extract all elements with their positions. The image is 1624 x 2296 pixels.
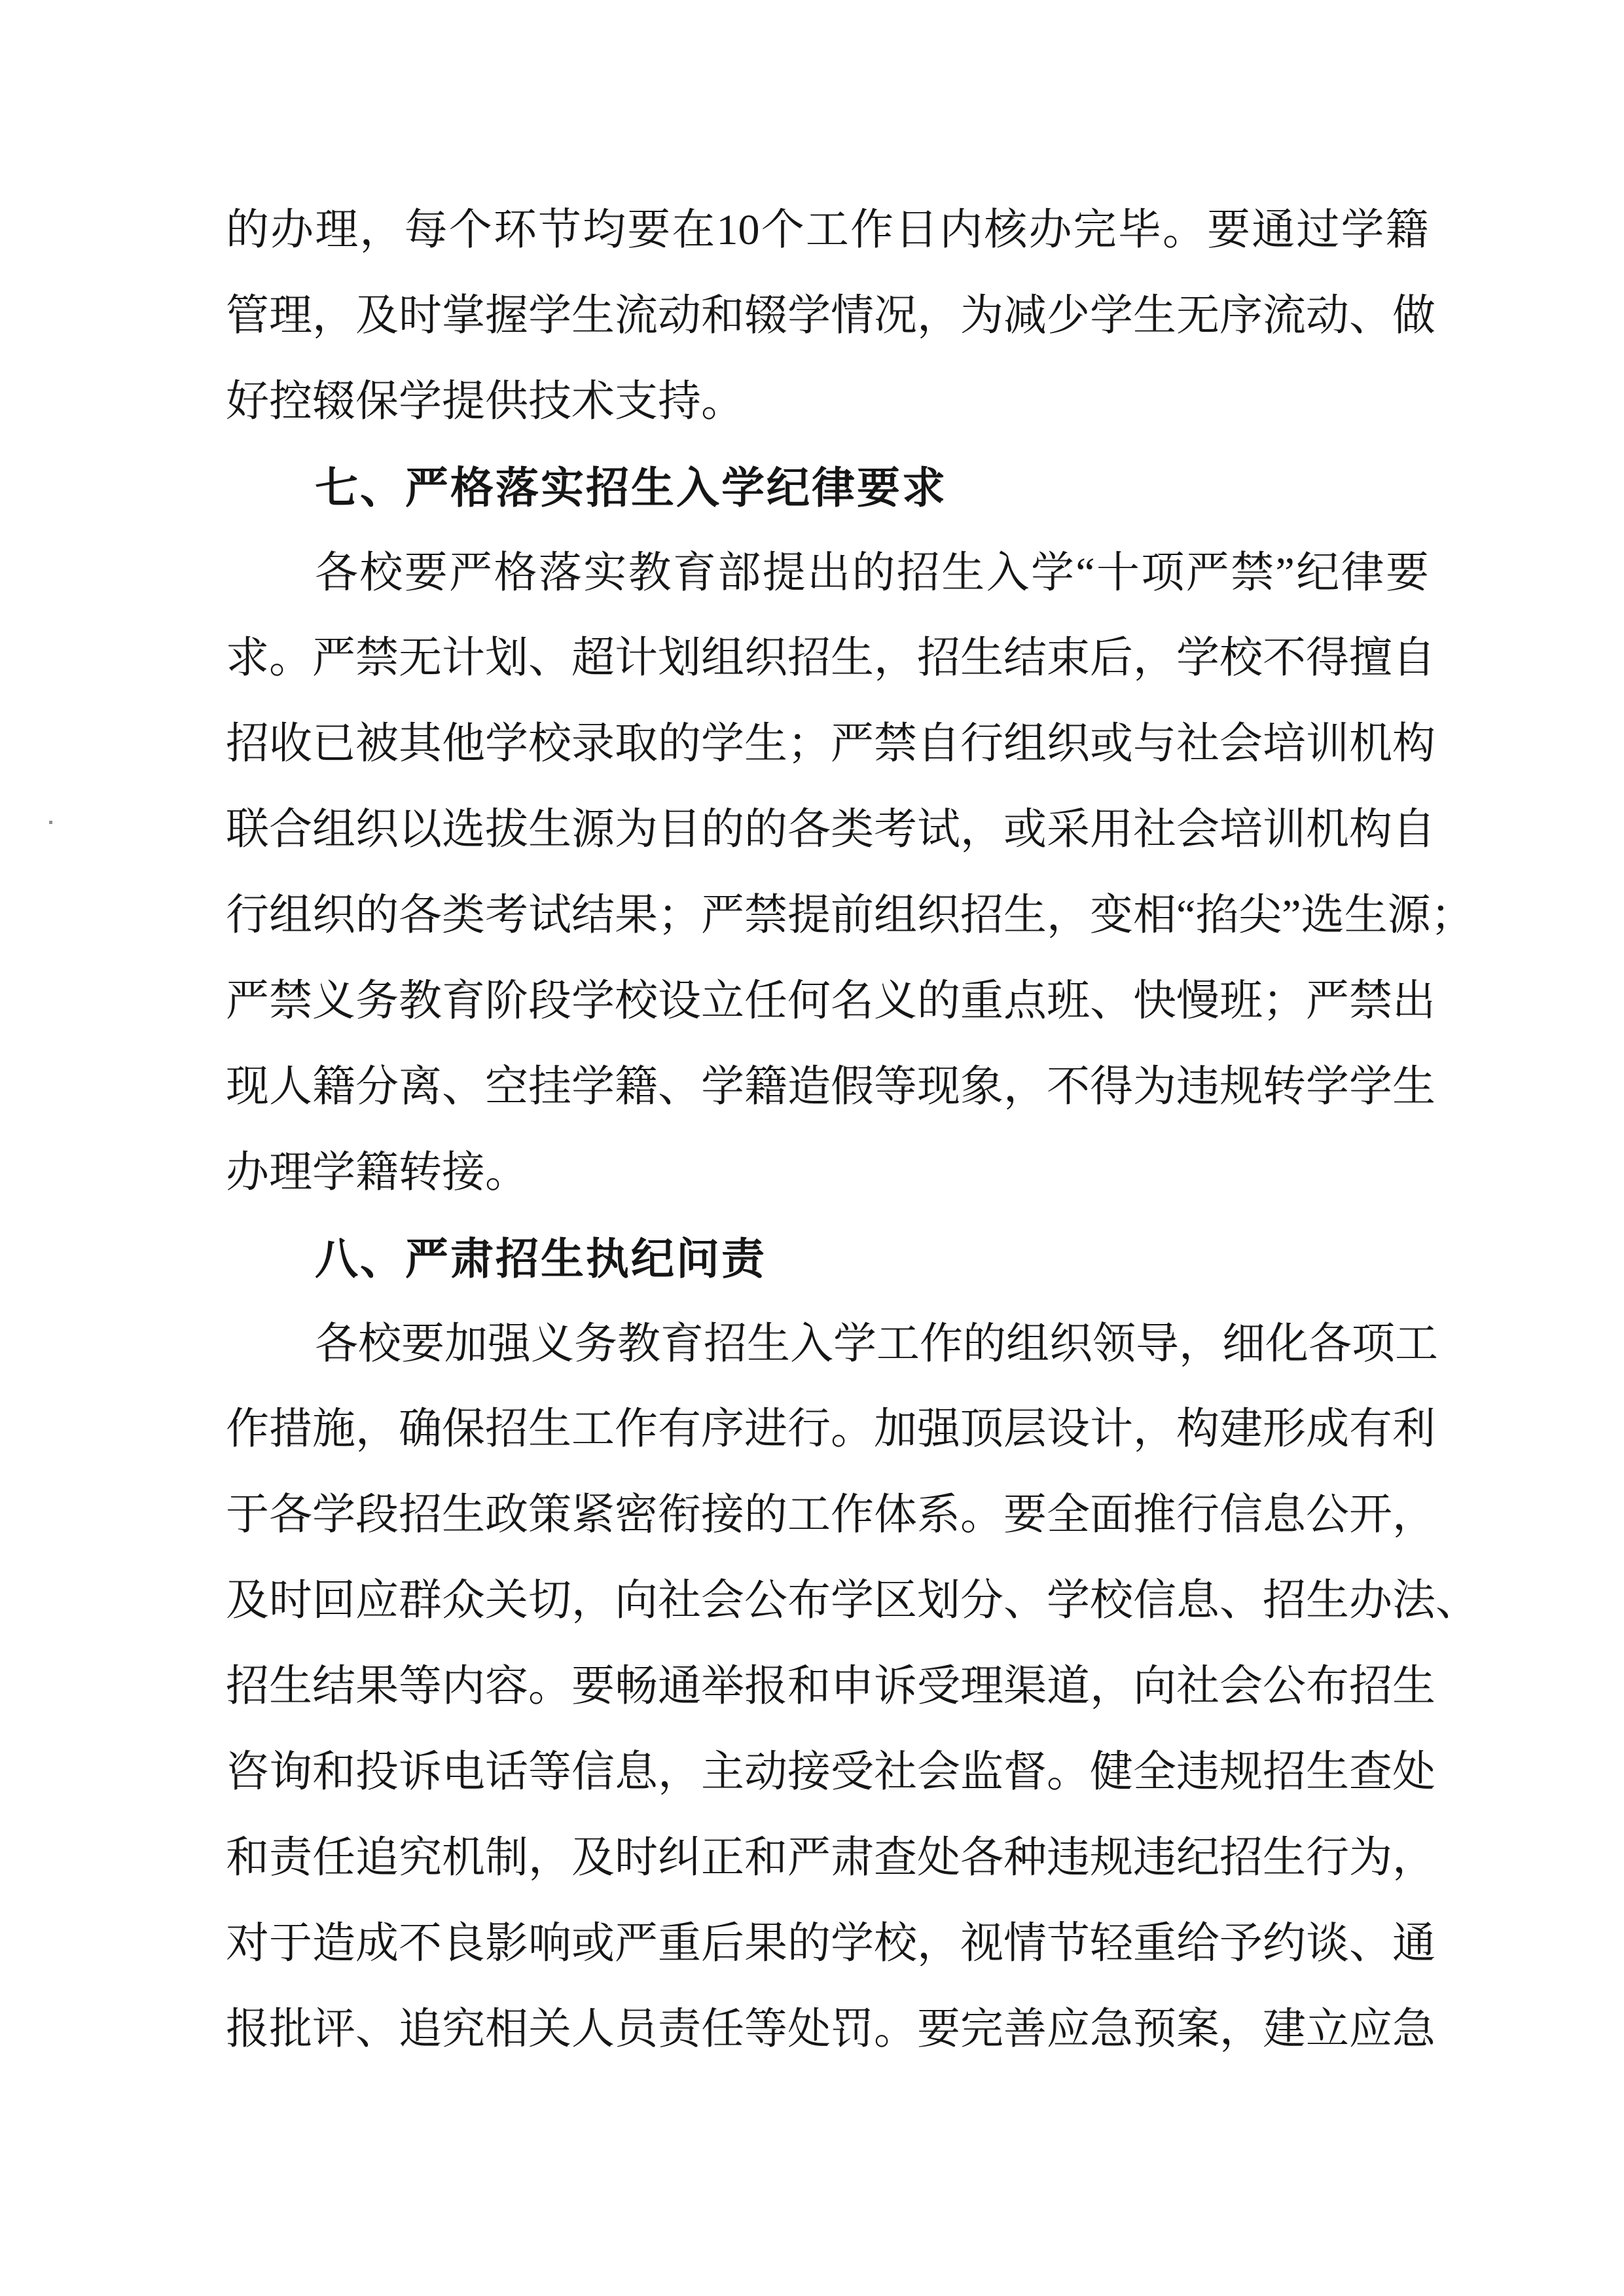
glyph: 点 bbox=[1003, 959, 1047, 1045]
glyph: 、 bbox=[1219, 1558, 1263, 1644]
text-line: 报批评、追究相关人员责任等处罚。要完善应急预案，建立应急 bbox=[226, 1987, 1429, 2073]
glyph: 义 bbox=[874, 959, 917, 1045]
glyph: 以 bbox=[399, 787, 442, 873]
glyph: 罚 bbox=[831, 1987, 874, 2073]
glyph: 询 bbox=[269, 1730, 312, 1816]
glyph: 纠 bbox=[658, 1816, 701, 1901]
glyph: 收 bbox=[269, 702, 312, 787]
glyph: 切 bbox=[528, 1558, 571, 1644]
glyph: 、 bbox=[1349, 274, 1392, 359]
glyph: 变 bbox=[1090, 873, 1133, 959]
glyph: 生 bbox=[960, 616, 1003, 702]
glyph: 入 bbox=[986, 531, 1030, 617]
glyph: 电 bbox=[442, 1730, 485, 1816]
glyph: 究 bbox=[442, 1987, 485, 2073]
glyph: 息 bbox=[1263, 1473, 1306, 1558]
glyph: 关 bbox=[485, 1558, 528, 1644]
glyph: 理 bbox=[269, 274, 312, 359]
glyph: 育 bbox=[660, 1302, 704, 1388]
glyph: 和 bbox=[312, 1730, 355, 1816]
glyph: 计 bbox=[1090, 1387, 1133, 1473]
glyph: ， bbox=[359, 188, 403, 274]
glyph: 试 bbox=[917, 787, 960, 873]
glyph: 校 bbox=[358, 1302, 401, 1388]
glyph: 层 bbox=[1003, 1387, 1047, 1473]
glyph: 10 bbox=[717, 188, 760, 274]
glyph: 严 bbox=[1186, 531, 1229, 617]
glyph: 空 bbox=[485, 1045, 528, 1130]
glyph: 案 bbox=[1176, 1987, 1219, 2073]
glyph: 进 bbox=[744, 1387, 787, 1473]
glyph: 生 bbox=[744, 702, 787, 787]
glyph: 相 bbox=[485, 1987, 528, 2073]
glyph: 诉 bbox=[399, 1730, 442, 1816]
glyph: 信 bbox=[1219, 1473, 1263, 1558]
glyph: 要 bbox=[571, 1644, 615, 1730]
glyph: 生 bbox=[1392, 1045, 1435, 1130]
text-line: 作措施，确保招生工作有序进行。加强顶层设计，构建形成有利 bbox=[226, 1387, 1429, 1473]
glyph: 训 bbox=[1263, 787, 1306, 873]
glyph: ， bbox=[917, 274, 960, 359]
glyph: 校 bbox=[359, 531, 403, 617]
glyph: 招 bbox=[897, 531, 940, 617]
glyph: 现 bbox=[917, 1045, 960, 1130]
glyph: 作 bbox=[831, 1473, 874, 1558]
glyph: 给 bbox=[1176, 1901, 1219, 1987]
glyph: 况 bbox=[874, 274, 917, 359]
glyph: 格 bbox=[494, 531, 537, 617]
glyph: 招 bbox=[787, 616, 831, 702]
glyph: 为 bbox=[960, 274, 1003, 359]
glyph: 关 bbox=[528, 1987, 571, 2073]
glyph: 细 bbox=[1222, 1302, 1265, 1388]
glyph: 招 bbox=[1219, 1816, 1263, 1901]
glyph: 责 bbox=[269, 1816, 312, 1901]
glyph: 社 bbox=[874, 1730, 917, 1816]
glyph: 生 bbox=[1263, 1816, 1306, 1901]
glyph: 纪 bbox=[1176, 1816, 1219, 1901]
glyph: 务 bbox=[574, 1302, 617, 1388]
glyph: 时 bbox=[269, 1558, 312, 1644]
glyph: 组 bbox=[1003, 702, 1047, 787]
glyph: 或 bbox=[571, 1901, 615, 1987]
glyph: 的 bbox=[355, 873, 399, 959]
glyph: 学 bbox=[1349, 1045, 1392, 1130]
glyph: 公 bbox=[1306, 1473, 1349, 1558]
glyph: 段 bbox=[528, 959, 571, 1045]
glyph: 要 bbox=[1386, 531, 1429, 617]
glyph: 任 bbox=[312, 1816, 355, 1901]
glyph: 掌 bbox=[442, 274, 485, 359]
glyph: 、 bbox=[1435, 1558, 1479, 1644]
glyph: 制 bbox=[485, 1816, 528, 1901]
glyph: 工 bbox=[806, 188, 849, 274]
glyph: 或 bbox=[1003, 787, 1047, 873]
glyph: 畅 bbox=[615, 1644, 658, 1730]
glyph: 严 bbox=[449, 531, 492, 617]
glyph: 健 bbox=[1090, 1730, 1133, 1816]
glyph: 掐 bbox=[1195, 873, 1238, 959]
glyph: 校 bbox=[1090, 1558, 1133, 1644]
glyph: 查 bbox=[1349, 1730, 1392, 1816]
glyph: 办 bbox=[270, 188, 314, 274]
glyph: 各 bbox=[315, 1302, 358, 1388]
glyph: 前 bbox=[831, 873, 874, 959]
glyph: 、 bbox=[658, 1045, 701, 1130]
glyph: 行 bbox=[787, 1387, 831, 1473]
glyph: 部 bbox=[717, 531, 761, 617]
glyph: 尖 bbox=[1238, 873, 1282, 959]
glyph: 挂 bbox=[528, 1045, 571, 1130]
glyph: 计 bbox=[615, 616, 658, 702]
glyph: 或 bbox=[1090, 702, 1133, 787]
glyph: 班 bbox=[1219, 959, 1263, 1045]
glyph: 要 bbox=[917, 1987, 960, 2073]
glyph: 组 bbox=[701, 616, 744, 702]
glyph: 已 bbox=[312, 702, 355, 787]
glyph: 相 bbox=[1133, 873, 1176, 959]
glyph: 学 bbox=[312, 1473, 355, 1558]
glyph: 构 bbox=[1176, 1387, 1219, 1473]
glyph: 违 bbox=[1176, 1730, 1219, 1816]
text-line: 对于造成不良影响或严重后果的学校，视情节轻重给予约谈、通 bbox=[226, 1901, 1429, 1987]
glyph: 加 bbox=[874, 1387, 917, 1473]
glyph: 影 bbox=[485, 1901, 528, 1987]
glyph: 严 bbox=[312, 616, 355, 702]
glyph: 织 bbox=[1047, 702, 1090, 787]
section-heading: 八、严肃招生执纪问责 bbox=[226, 1216, 1429, 1302]
glyph: 会 bbox=[1176, 787, 1219, 873]
glyph: 加 bbox=[444, 1302, 488, 1388]
glyph: 谈 bbox=[1306, 1901, 1349, 1987]
glyph: 束 bbox=[1047, 616, 1090, 702]
glyph: 招 bbox=[399, 1473, 442, 1558]
glyph: 要 bbox=[401, 1302, 444, 1388]
glyph: 阶 bbox=[485, 959, 528, 1045]
glyph: 义 bbox=[312, 959, 355, 1045]
glyph: 回 bbox=[312, 1558, 355, 1644]
glyph: 严 bbox=[615, 1901, 658, 1987]
glyph: 生 bbox=[1344, 873, 1388, 959]
glyph: 快 bbox=[1133, 959, 1176, 1045]
glyph: 究 bbox=[399, 1816, 442, 1901]
glyph: 造 bbox=[312, 1901, 355, 1987]
glyph: 出 bbox=[807, 531, 850, 617]
section-heading: 七、严格落实招生入学纪律要求 bbox=[226, 445, 1429, 531]
glyph: 组 bbox=[874, 873, 917, 959]
glyph: 各 bbox=[1308, 1302, 1352, 1388]
glyph: 教 bbox=[617, 1302, 660, 1388]
glyph: 行 bbox=[226, 873, 269, 959]
glyph: 组 bbox=[1006, 1302, 1049, 1388]
glyph: ； bbox=[658, 873, 701, 959]
glyph: 严 bbox=[701, 873, 744, 959]
glyph: 、 bbox=[1003, 1558, 1047, 1644]
glyph: 招 bbox=[485, 1387, 528, 1473]
glyph: 少 bbox=[1047, 274, 1090, 359]
glyph: 学 bbox=[701, 1045, 744, 1130]
glyph: 时 bbox=[399, 274, 442, 359]
glyph: 实 bbox=[583, 531, 626, 617]
glyph: 完 bbox=[1074, 188, 1117, 274]
text-line: 各校要加强义务教育招生入学工作的组织领导，细化各项工 bbox=[226, 1302, 1429, 1388]
glyph: 生 bbox=[528, 1387, 571, 1473]
glyph: ， bbox=[658, 1730, 701, 1816]
glyph: 律 bbox=[1341, 531, 1384, 617]
glyph: 通 bbox=[1252, 188, 1295, 274]
glyph: 急 bbox=[1090, 1987, 1133, 2073]
glyph: 划 bbox=[917, 1558, 960, 1644]
glyph: 严 bbox=[226, 959, 269, 1045]
glyph: 生 bbox=[1306, 1730, 1349, 1816]
glyph: 禁 bbox=[744, 873, 787, 959]
glyph: 办 bbox=[1349, 1558, 1392, 1644]
glyph: 布 bbox=[787, 1558, 831, 1644]
glyph: 生 bbox=[442, 1473, 485, 1558]
glyph: 开 bbox=[1349, 1473, 1392, 1558]
glyph: 、 bbox=[528, 616, 571, 702]
glyph: ； bbox=[787, 702, 831, 787]
glyph: 规 bbox=[1219, 1730, 1263, 1816]
glyph: 立 bbox=[1306, 1987, 1349, 2073]
glyph: 轻 bbox=[1090, 1901, 1133, 1987]
glyph: 造 bbox=[787, 1045, 831, 1130]
text-block: 的办理，每个环节均要在10个工作日内核办完毕。要通过学籍管理，及时掌握学生流动和… bbox=[226, 188, 1429, 2073]
glyph: 籍 bbox=[744, 1045, 787, 1130]
text-line: 严禁义务教育阶段学校设立任何名义的重点班、快慢班；严禁出 bbox=[226, 959, 1429, 1045]
glyph: ， bbox=[1392, 1816, 1435, 1901]
glyph: 作 bbox=[920, 1302, 963, 1388]
glyph: 管 bbox=[226, 274, 269, 359]
glyph: 禁 bbox=[1349, 959, 1392, 1045]
glyph: 结 bbox=[312, 1644, 355, 1730]
glyph: 。 bbox=[960, 1473, 1003, 1558]
glyph: 学 bbox=[528, 274, 571, 359]
glyph: 理 bbox=[960, 1644, 1003, 1730]
glyph: 织 bbox=[1049, 1302, 1092, 1388]
glyph: ” bbox=[1276, 531, 1295, 617]
scan-speck-artifact bbox=[49, 821, 52, 824]
glyph: 考 bbox=[485, 873, 528, 959]
glyph: 。 bbox=[269, 616, 312, 702]
glyph: 禁 bbox=[269, 959, 312, 1045]
glyph: 违 bbox=[1047, 1816, 1090, 1901]
glyph: 严 bbox=[831, 702, 874, 787]
glyph: 机 bbox=[1306, 787, 1349, 873]
glyph: 何 bbox=[787, 959, 831, 1045]
glyph: 的 bbox=[852, 531, 895, 617]
glyph: 禁 bbox=[874, 702, 917, 787]
glyph: 接 bbox=[787, 1730, 831, 1816]
glyph: 话 bbox=[485, 1730, 528, 1816]
glyph: 有 bbox=[658, 1387, 701, 1473]
glyph: 为 bbox=[1349, 1816, 1392, 1901]
glyph: ， bbox=[1003, 1045, 1047, 1130]
glyph: 求 bbox=[226, 616, 269, 702]
glyph: 工 bbox=[787, 1473, 831, 1558]
glyph: 培 bbox=[1263, 702, 1306, 787]
glyph: ， bbox=[1133, 616, 1176, 702]
text-line: 咨询和投诉电话等信息，主动接受社会监督。健全违规招生查处 bbox=[226, 1730, 1429, 1816]
glyph: 会 bbox=[701, 1558, 744, 1644]
glyph: 源 bbox=[571, 787, 615, 873]
glyph: 超 bbox=[571, 616, 615, 702]
glyph: 各 bbox=[960, 1816, 1003, 1901]
glyph: 生 bbox=[269, 1644, 312, 1730]
glyph: 、 bbox=[442, 1045, 485, 1130]
glyph: 离 bbox=[399, 1045, 442, 1130]
glyph: ， bbox=[1219, 1987, 1263, 2073]
glyph: 工 bbox=[571, 1387, 615, 1473]
glyph: 务 bbox=[355, 959, 399, 1045]
glyph: 处 bbox=[1392, 1730, 1435, 1816]
glyph: 育 bbox=[442, 959, 485, 1045]
glyph: 内 bbox=[939, 188, 983, 274]
glyph: 公 bbox=[1263, 1644, 1306, 1730]
glyph: 视 bbox=[960, 1901, 1003, 1987]
glyph: 录 bbox=[571, 702, 615, 787]
glyph: 重 bbox=[1133, 1901, 1176, 1987]
glyph: 成 bbox=[1306, 1387, 1349, 1473]
glyph: 教 bbox=[628, 531, 672, 617]
glyph: 构 bbox=[1392, 702, 1435, 787]
glyph: 确 bbox=[399, 1387, 442, 1473]
glyph: 息 bbox=[615, 1730, 658, 1816]
glyph: 的 bbox=[744, 787, 787, 873]
glyph: 于 bbox=[226, 1473, 269, 1558]
glyph: 应 bbox=[355, 1558, 399, 1644]
glyph: 结 bbox=[571, 873, 615, 959]
glyph: 时 bbox=[615, 1816, 658, 1901]
glyph: 向 bbox=[1133, 1644, 1176, 1730]
glyph: 他 bbox=[442, 702, 485, 787]
glyph: 假 bbox=[831, 1045, 874, 1130]
glyph: 措 bbox=[269, 1387, 312, 1473]
glyph: 约 bbox=[1263, 1901, 1306, 1987]
glyph: 密 bbox=[615, 1473, 658, 1558]
glyph: 施 bbox=[312, 1387, 355, 1473]
glyph: 类 bbox=[442, 873, 485, 959]
glyph: 的 bbox=[658, 702, 701, 787]
glyph: 组 bbox=[312, 787, 355, 873]
glyph: ， bbox=[874, 616, 917, 702]
glyph: 籍 bbox=[615, 1045, 658, 1130]
glyph: 握 bbox=[485, 274, 528, 359]
glyph: 处 bbox=[787, 1987, 831, 2073]
glyph: 设 bbox=[1047, 1387, 1090, 1473]
glyph: 理 bbox=[315, 188, 358, 274]
glyph: 查 bbox=[874, 1816, 917, 1901]
glyph: 通 bbox=[1392, 1901, 1435, 1987]
glyph: 容 bbox=[485, 1644, 528, 1730]
glyph: 动 bbox=[1306, 274, 1349, 359]
glyph: 布 bbox=[1306, 1644, 1349, 1730]
glyph: 各 bbox=[315, 531, 358, 617]
glyph: 均 bbox=[583, 188, 626, 274]
glyph: 得 bbox=[1306, 616, 1349, 702]
glyph: 禁 bbox=[355, 616, 399, 702]
document-page: 的办理，每个环节均要在10个工作日内核办完毕。要通过学籍管理，及时掌握学生流动和… bbox=[0, 0, 1624, 2296]
glyph: 个 bbox=[761, 188, 804, 274]
glyph: ， bbox=[571, 1558, 615, 1644]
glyph: ， bbox=[312, 274, 355, 359]
glyph: 生 bbox=[747, 1302, 790, 1388]
glyph: 入 bbox=[790, 1302, 833, 1388]
glyph: ； bbox=[1263, 959, 1306, 1045]
glyph: 组 bbox=[269, 873, 312, 959]
glyph: 训 bbox=[1306, 702, 1349, 787]
glyph: 生 bbox=[1003, 873, 1047, 959]
glyph: 招 bbox=[226, 702, 269, 787]
glyph: 核 bbox=[984, 188, 1027, 274]
glyph: 通 bbox=[658, 1644, 701, 1730]
glyph: 织 bbox=[312, 873, 355, 959]
glyph: 良 bbox=[442, 1901, 485, 1987]
glyph: 招 bbox=[704, 1302, 747, 1388]
glyph: ， bbox=[917, 1901, 960, 1987]
glyph: 会 bbox=[1219, 1644, 1263, 1730]
glyph: 被 bbox=[355, 702, 399, 787]
glyph: 设 bbox=[658, 959, 701, 1045]
glyph: 化 bbox=[1265, 1302, 1308, 1388]
glyph: 全 bbox=[1047, 1473, 1090, 1558]
glyph: 日 bbox=[895, 188, 938, 274]
glyph: 生 bbox=[941, 531, 984, 617]
glyph: 划 bbox=[485, 616, 528, 702]
glyph: 班 bbox=[1047, 959, 1090, 1045]
glyph: 社 bbox=[1176, 702, 1219, 787]
text-line: 及时回应群众关切，向社会公布学区划分、学校信息、招生办法、 bbox=[226, 1558, 1429, 1644]
glyph: 籍 bbox=[312, 1045, 355, 1130]
glyph: 要 bbox=[1207, 188, 1250, 274]
glyph: ， bbox=[355, 1387, 399, 1473]
glyph: “ bbox=[1075, 531, 1094, 617]
glyph: 道 bbox=[1047, 1644, 1090, 1730]
glyph: 合 bbox=[269, 787, 312, 873]
glyph: 策 bbox=[528, 1473, 571, 1558]
glyph: 保 bbox=[442, 1387, 485, 1473]
glyph: 校 bbox=[1219, 616, 1263, 702]
glyph: 十 bbox=[1096, 531, 1140, 617]
text-line: 联合组织以选拔生源为目的的各类考试，或采用社会培训机构自 bbox=[226, 787, 1429, 873]
glyph: 学 bbox=[571, 959, 615, 1045]
glyph: 评 bbox=[312, 1987, 355, 2073]
glyph: ， bbox=[1133, 1387, 1176, 1473]
glyph: 善 bbox=[1003, 1987, 1047, 2073]
glyph: 机 bbox=[1349, 702, 1392, 787]
glyph: 义 bbox=[531, 1302, 574, 1388]
glyph: 作 bbox=[615, 1387, 658, 1473]
glyph: 考 bbox=[874, 787, 917, 873]
glyph: 校 bbox=[874, 1901, 917, 1987]
glyph: 规 bbox=[1090, 1816, 1133, 1901]
glyph: ” bbox=[1282, 873, 1301, 959]
glyph: 、 bbox=[355, 1987, 399, 2073]
glyph: 为 bbox=[1133, 1045, 1176, 1130]
glyph: 个 bbox=[449, 188, 492, 274]
glyph: 动 bbox=[744, 1730, 787, 1816]
glyph: 社 bbox=[1176, 1644, 1219, 1730]
glyph: 划 bbox=[658, 616, 701, 702]
glyph: 预 bbox=[1133, 1987, 1176, 2073]
glyph: 全 bbox=[1133, 1730, 1176, 1816]
glyph: 利 bbox=[1392, 1387, 1435, 1473]
glyph: 违 bbox=[1133, 1816, 1176, 1901]
glyph: 申 bbox=[831, 1644, 874, 1730]
glyph: 辍 bbox=[744, 274, 787, 359]
glyph: 学 bbox=[1031, 531, 1074, 617]
glyph: 落 bbox=[539, 531, 582, 617]
